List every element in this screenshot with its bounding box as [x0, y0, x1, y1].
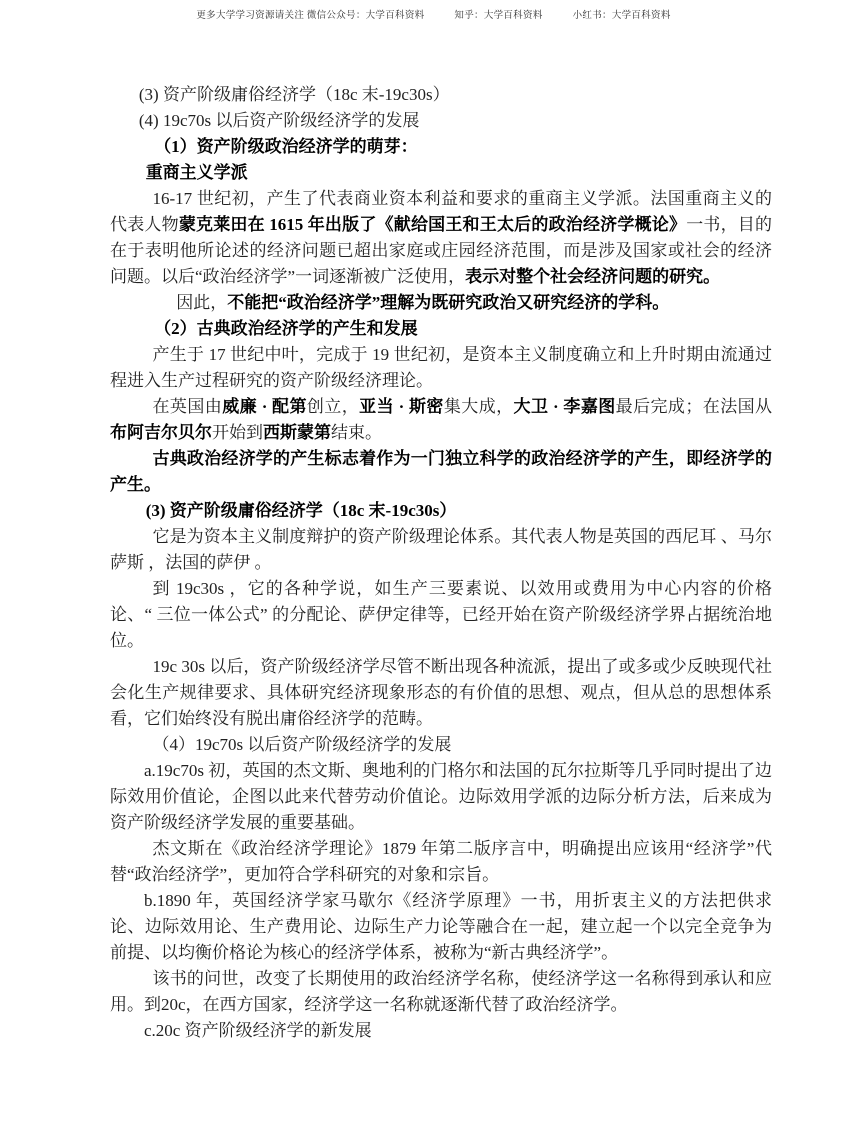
heading-2-classical: （2）古典政治经济学的产生和发展: [110, 316, 772, 342]
heading-4-development: （4）19c70s 以后资产阶级经济学的发展: [110, 732, 772, 758]
text-segment-bold: 威廉 · 配第: [222, 397, 307, 416]
paragraph-classical-significance: 古典政治经济学的产生标志着作为一门独立科学的政治经济学的产生，即经济学的产生。: [110, 446, 772, 498]
outline-item-4: (4) 19c70s 以后资产阶级经济学的发展: [110, 108, 772, 134]
paragraph-a-marginal-utility: a.19c70s 初，英国的杰文斯、奥地利的门格尔和法国的瓦尔拉斯等几乎同时提出…: [110, 758, 772, 836]
text-segment: 创立，: [307, 397, 359, 416]
text-segment: 开始到: [212, 423, 263, 442]
heading-mercantilism-school: 重商主义学派: [110, 160, 772, 186]
paragraph-name-change: 该书的问世，改变了长期使用的政治经济学名称，使经济学这一名称得到承认和应用。到2…: [110, 966, 772, 1018]
paragraph-classical-figures: 在英国由威廉 · 配第创立，亚当 · 斯密集大成，大卫 · 李嘉图最后完成；在法…: [110, 394, 772, 446]
paragraph-vulgar-after-19c30s: 19c 30s 以后，资产阶级经济学尽管不断出现各种流派，提出了或多或少反映现代…: [110, 654, 772, 732]
text-segment-bold: 西斯蒙第: [263, 423, 331, 442]
paragraph-therefore-note: 因此，不能把“政治经济学”理解为既研究政治又研究经济的学科。: [110, 290, 772, 316]
paragraph-vulgar-figures: 它是为资本主义制度辩护的资产阶级理论体系。其代表人物是英国的西尼耳 、马尔萨斯 …: [110, 524, 772, 576]
text-segment-bold: 蒙克莱田在 1615 年出版了《献给国王和王太后的政治经济学概论》: [179, 215, 686, 234]
paragraph-mercantilism: 16-17 世纪初，产生了代表商业资本利益和要求的重商主义学派。法国重商主义的代…: [110, 186, 772, 290]
heading-3-vulgar-economics: (3) 资产阶级庸俗经济学（18c 末-19c30s）: [110, 498, 772, 524]
header-zhihu-note: 知乎：大学百科资料: [454, 7, 542, 21]
document-body: (3) 资产阶级庸俗经济学（18c 末-19c30s） (4) 19c70s 以…: [110, 82, 772, 1044]
text-segment: 结束。: [331, 423, 382, 442]
heading-1-germination: （1）资产阶级政治经济学的萌芽：: [110, 134, 772, 160]
page-header: 更多大学学习资源请关注 微信公众号：大学百科资料 知乎：大学百科资料 小红书：大…: [0, 7, 867, 21]
text-segment: 在英国由: [153, 397, 223, 416]
header-wechat-note: 更多大学学习资源请关注 微信公众号：大学百科资料: [196, 7, 424, 21]
paragraph-classical-origin: 产生于 17 世纪中叶，完成于 19 世纪初，是资本主义制度确立和上升时期由流通…: [110, 342, 772, 394]
text-segment: 因此，: [176, 293, 227, 312]
paragraph-jevons-preface: 杰文斯在《政治经济学理论》1879 年第二版序言中，明确提出应该用“经济学”代替…: [110, 836, 772, 888]
text-segment-bold: 不能把“政治经济学”理解为既研究政治又研究经济的学科。: [227, 293, 669, 312]
paragraph-b-marshall: b.1890 年，英国经济学家马歇尔《经济学原理》一书，用折衷主义的方法把供求论…: [110, 888, 772, 966]
text-segment-bold: 布阿吉尔贝尔: [110, 423, 212, 442]
text-segment: 最后完成；在法国从: [616, 397, 772, 416]
outline-item-3: (3) 资产阶级庸俗经济学（18c 末-19c30s）: [110, 82, 772, 108]
text-segment-bold: 亚当 · 斯密: [359, 397, 444, 416]
paragraph-vulgar-doctrines: 到 19c30s ，它的各种学说，如生产三要素说、以效用或费用为中心内容的价格论…: [110, 576, 772, 654]
header-xiaohongshu-note: 小红书：大学百科资料: [573, 7, 671, 21]
text-segment-bold: 表示对整个社会经济问题的研究。: [465, 267, 720, 286]
text-segment: 集大成，: [444, 397, 514, 416]
document-page: 更多大学学习资源请关注 微信公众号：大学百科资料 知乎：大学百科资料 小红书：大…: [0, 0, 867, 1122]
paragraph-c-20c-development: c.20c 资产阶级经济学的新发展: [110, 1018, 772, 1044]
text-segment-bold: 大卫 · 李嘉图: [514, 397, 616, 416]
